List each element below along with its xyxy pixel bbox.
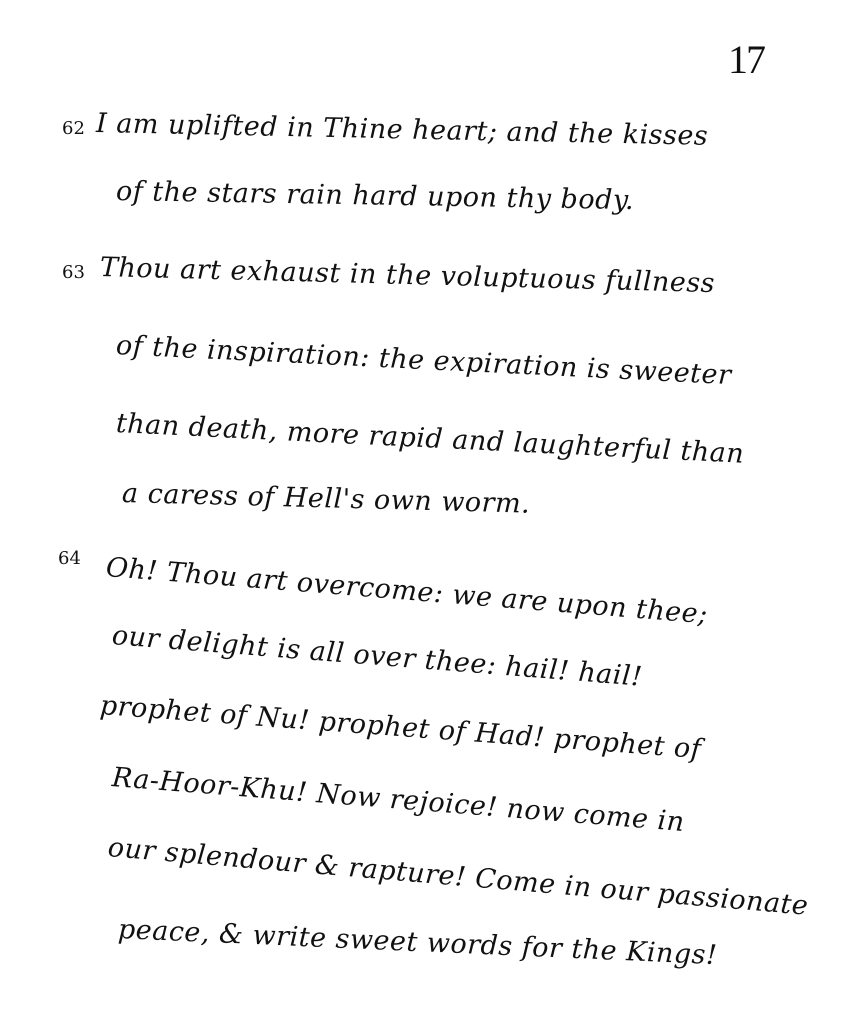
verse-line: peace, & write sweet words for the Kings… bbox=[117, 914, 718, 971]
page-number: 17 bbox=[728, 36, 764, 83]
manuscript-page: 17 62 I am uplifted in Thine heart; and … bbox=[0, 0, 857, 1024]
verse-line: our delight is all over thee: hail! hail… bbox=[111, 620, 644, 693]
verse-number: 63 bbox=[62, 262, 85, 283]
verse-line: of the stars rain hard upon thy body. bbox=[116, 176, 635, 216]
verse-line: I am uplifted in Thine heart; and the ki… bbox=[96, 108, 709, 152]
verse-line: our splendour & rapture! Come in our pas… bbox=[107, 832, 810, 922]
verse-number: 64 bbox=[58, 548, 81, 569]
verse-line: Oh! Thou art overcome: we are upon thee; bbox=[105, 552, 709, 630]
verse-line: prophet of Nu! prophet of Had! prophet o… bbox=[99, 690, 702, 765]
verse-line: than death, more rapid and laughterful t… bbox=[115, 408, 745, 470]
verse-line: a caress of Hell's own worm. bbox=[122, 478, 531, 520]
verse-line: of the inspiration: the expiration is sw… bbox=[115, 330, 732, 391]
verse-line: Thou art exhaust in the voluptuous fulln… bbox=[100, 252, 716, 299]
verse-number: 62 bbox=[62, 118, 85, 139]
verse-line: Ra-Hoor-Khu! Now rejoice! now come in bbox=[111, 762, 686, 838]
